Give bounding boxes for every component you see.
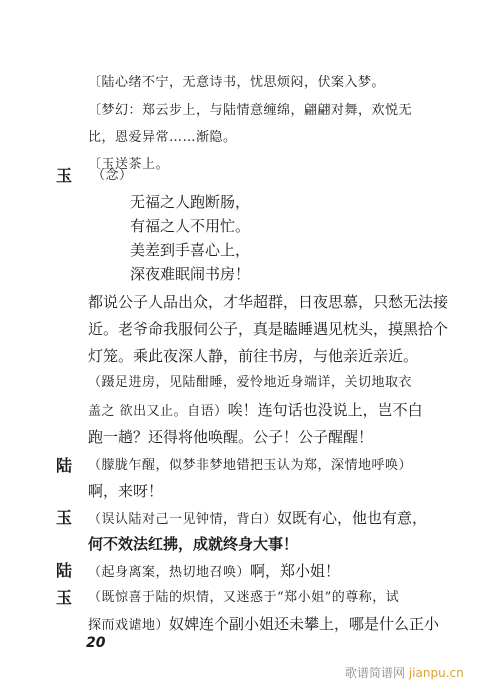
dialogue-text: 都说公子人品出众，才华超群，日夜思慕，只愁无法接 (88, 292, 448, 312)
page-number: 20 (86, 635, 105, 651)
stage-direction: （念） (92, 166, 133, 186)
dialogue-text: 奴婢连个副小姐还未攀上，哪是什么正小 (169, 615, 439, 633)
dialogue-text: 啊，郑小姐！ (250, 562, 340, 580)
verse-text: 无福之人跑断肠， (130, 192, 250, 212)
stage-direction: 〔梦幻：郑云步上，与陆情意缠绵，翩翩对舞，欢悦无 (88, 101, 412, 121)
mixed-text: 盖之 欲出又止。自语）唉！连句话也没说上，岂不白 (88, 400, 423, 422)
mixed-text: 探而戏谑地）奴婢连个副小姐还未攀上，哪是什么正小 (88, 614, 439, 636)
dialogue-text: 唉！连句话也没说上，岂不白 (228, 401, 423, 419)
speaker-label: 玉 (56, 508, 72, 528)
verse-text: 深夜难眠闹书房！ (130, 264, 250, 284)
dialogue-text: 近。老爷命我服伺公子，真是瞌睡遇见枕头，摸黑拾个 (88, 319, 448, 339)
stage-direction: 探而戏谑地） (88, 618, 169, 633)
mixed-text: （误认陆对己一见钟情，背白）奴既有心，他也有意， (88, 508, 427, 530)
speaker-label: 陆 (56, 561, 72, 581)
verse-text: 有福之人不用忙。 (130, 216, 250, 236)
watermark: 歌谱简谱网 jianpu.cn (345, 664, 464, 681)
stage-direction: （起身离案，热切地召唤） (88, 565, 250, 580)
stage-direction: 比，恩爱异常……渐隐。 (88, 128, 237, 148)
speaker-label: 玉 (56, 166, 72, 186)
speaker-label: 陆 (56, 456, 72, 476)
dialogue-text: 奴既有心，他也有意， (277, 509, 427, 527)
stage-direction: 盖之 欲出又止。自语） (88, 404, 228, 419)
dialogue-text: 跑一趟？还得将他唤醒。公子！公子醒醒！ (88, 427, 373, 447)
dialogue-text: 啊，来呀！ (88, 481, 163, 501)
mixed-text: （起身离案，热切地召唤）啊，郑小姐！ (88, 561, 340, 583)
dialogue-text: 灯笼。乘此夜深人静，前往书房，与他亲近亲近。 (88, 346, 418, 366)
speaker-label: 玉 (56, 588, 72, 608)
verse-text: 美差到手喜心上， (130, 240, 250, 260)
stage-direction: （朦胧乍醒，似梦非梦地错把玉认为郑，深情地呼唤） (88, 456, 412, 476)
watermark-cn: 歌谱简谱网 (345, 666, 405, 680)
dialogue-text: 何不效法红拂，成就终身大事！ (88, 534, 298, 554)
stage-direction: 〔陆心绪不宁，无意诗书，忧思烦闷，伏案入梦。 (88, 73, 385, 93)
stage-direction: （蹑足进房，见陆酣睡，爱怜地近身端详，关切地取衣 (88, 373, 412, 393)
watermark-en: jianpu.cn (409, 666, 464, 680)
stage-direction: （既惊喜于陆的炽情，又迷惑于“郑小姐”的尊称，试 (88, 588, 399, 608)
stage-direction: （误认陆对己一见钟情，背白） (88, 512, 277, 527)
